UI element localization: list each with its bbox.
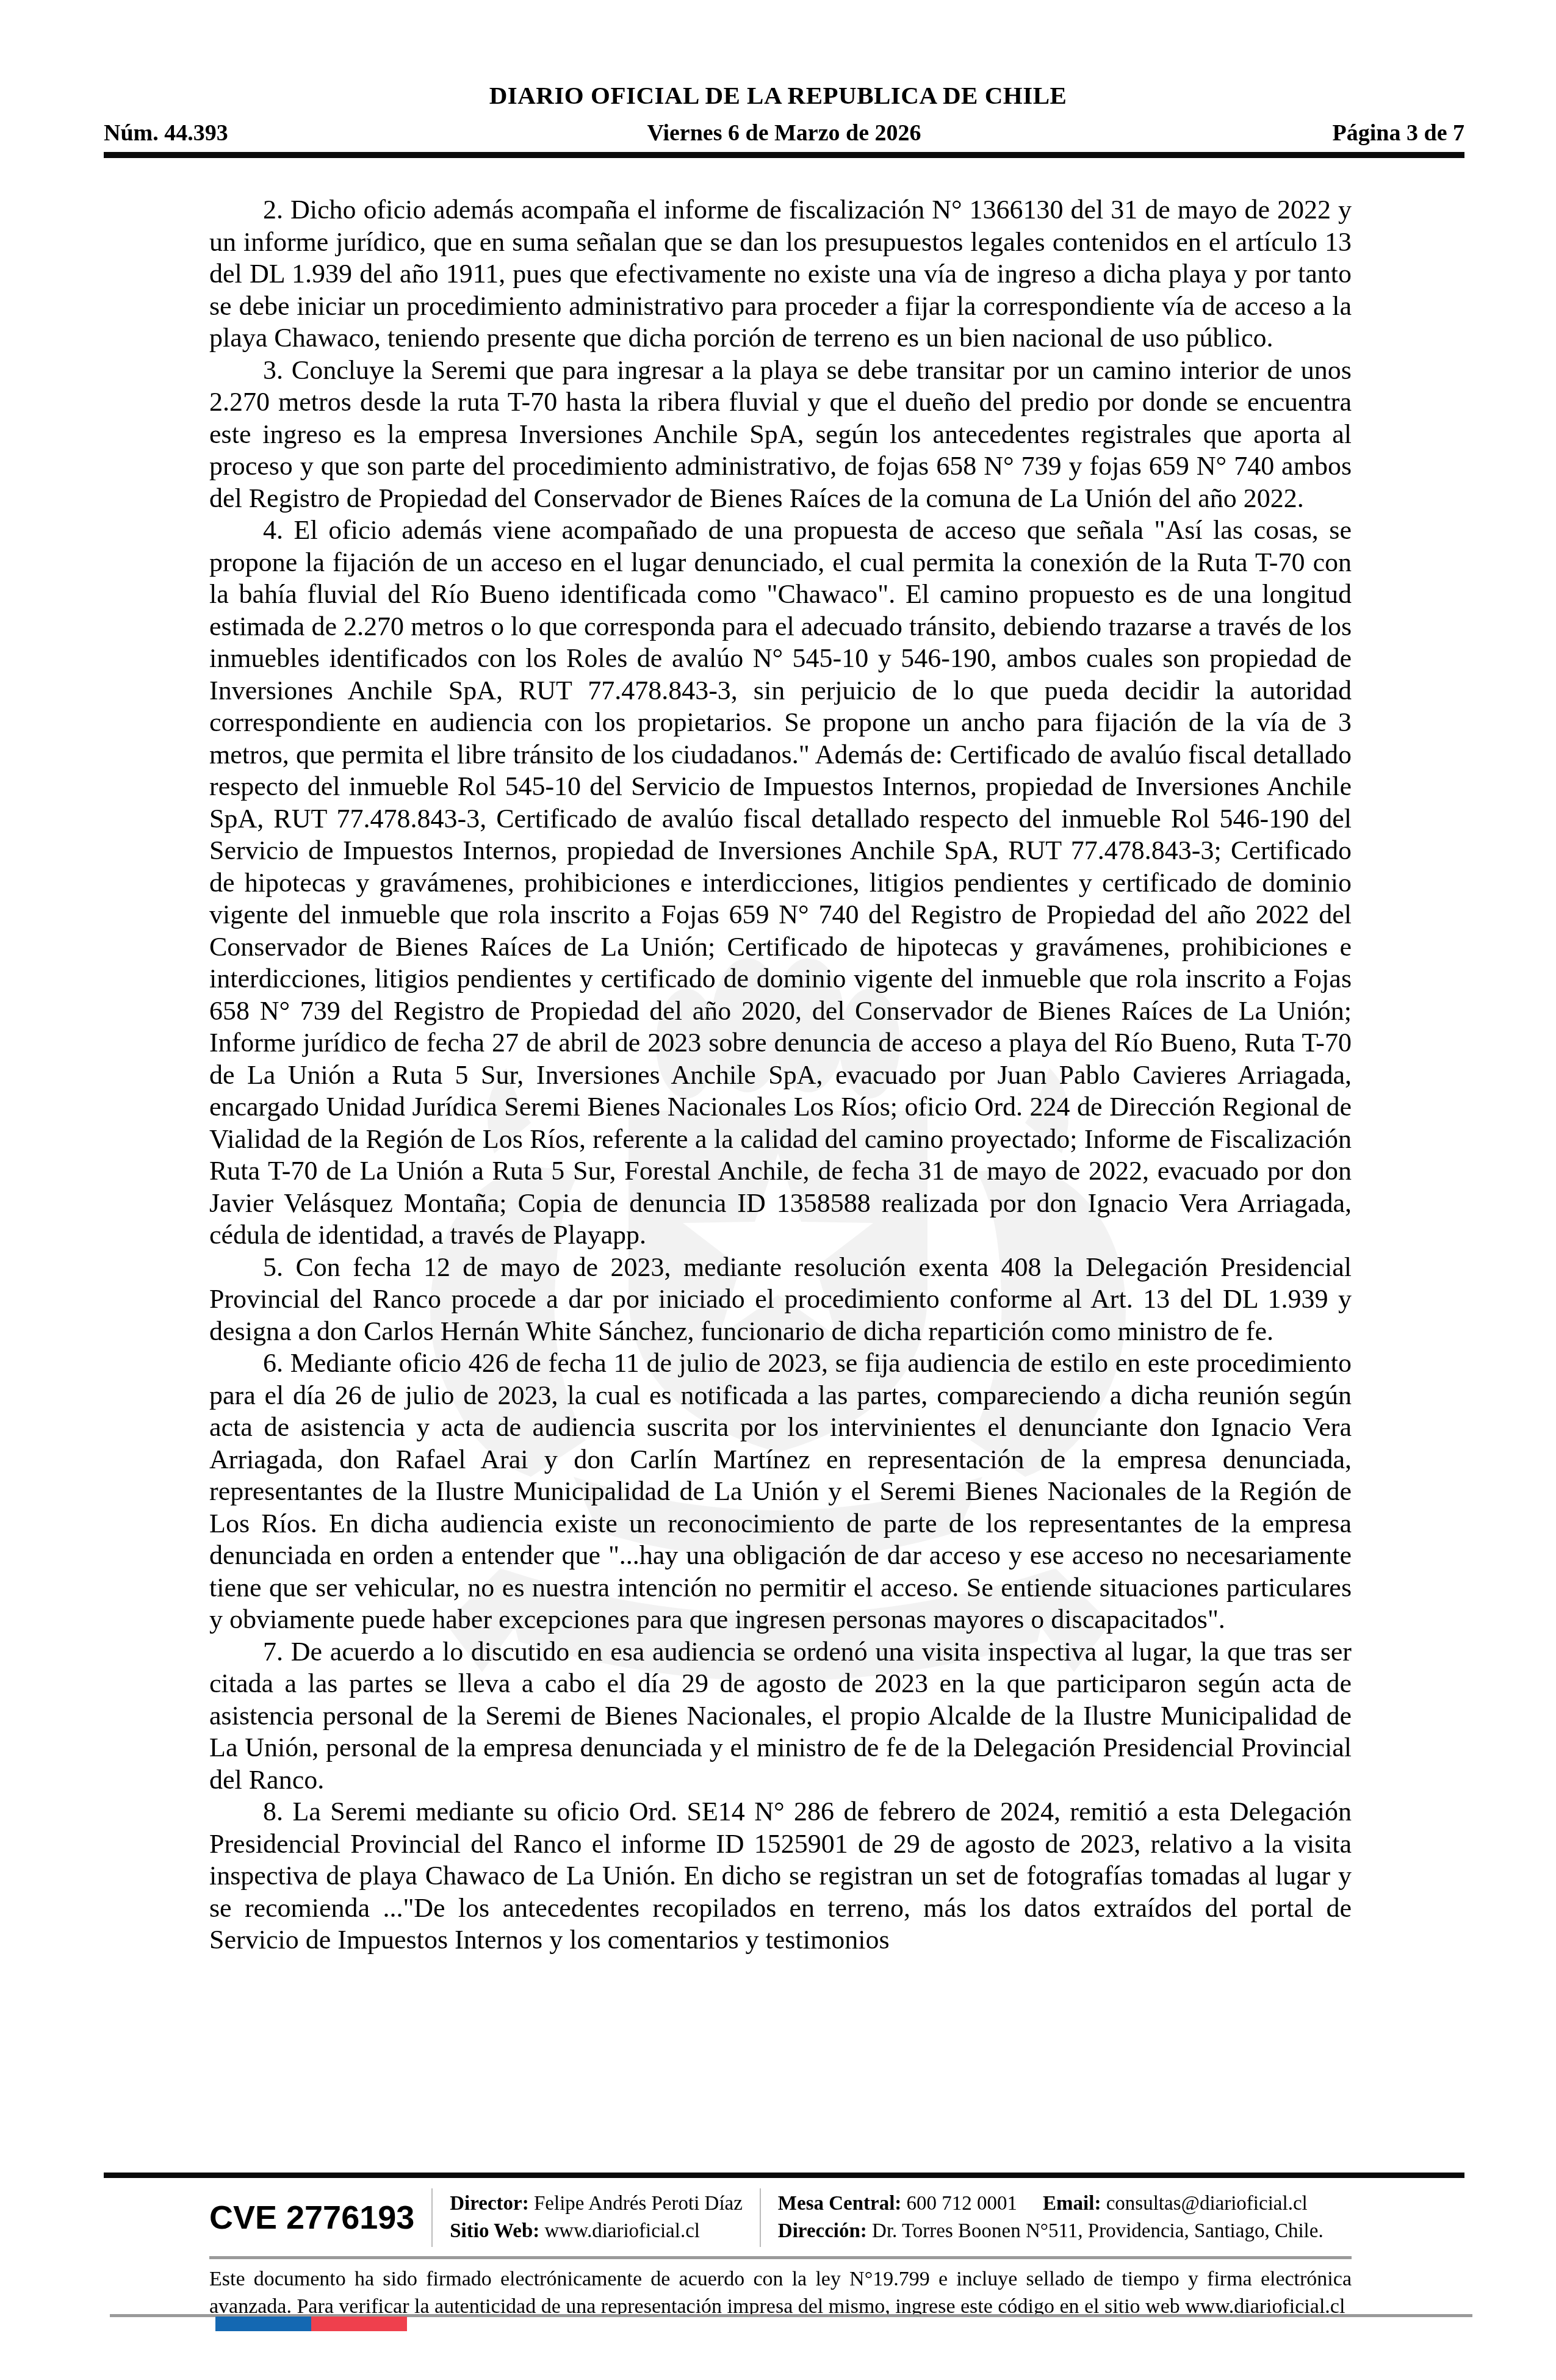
footer-info-bar: CVE 2776193 Director: Felipe Andrés Pero… [209, 2188, 1369, 2247]
direccion-label: Dirección: [778, 2220, 867, 2242]
newspaper-title: DIARIO OFICIAL DE LA REPUBLICA DE CHILE [0, 81, 1556, 110]
document-body: 2. Dicho oficio además acompaña el infor… [209, 194, 1352, 1956]
legal-note-top-rule [209, 2256, 1352, 2259]
mesa-central-value: 600 712 0001 [907, 2193, 1018, 2215]
email-label: Email: [1043, 2193, 1101, 2215]
page-indicator: Página 3 de 7 [1333, 120, 1464, 146]
legal-note: Este documento ha sido firmado electróni… [209, 2265, 1352, 2320]
director-row: Director: Felipe Andrés Peroti Díaz [450, 2193, 743, 2215]
mesa-central-label: Mesa Central: [778, 2193, 902, 2215]
paragraph-2: 2. Dicho oficio además acompaña el infor… [209, 194, 1352, 355]
gobierno-de-chile-flag-mark [215, 2317, 407, 2331]
footer-director-column: Director: Felipe Andrés Peroti Díaz Siti… [450, 2190, 743, 2245]
director-label: Director: [450, 2193, 528, 2215]
sitio-web-value: www.diarioficial.cl [545, 2220, 700, 2242]
paragraph-7: 7. De acuerdo a lo discutido en esa audi… [209, 1636, 1352, 1797]
direccion-row: Dirección: Dr. Torres Boonen N°511, Prov… [778, 2220, 1324, 2242]
cve-code: CVE 2776193 [209, 2199, 414, 2237]
footer-rule [104, 2173, 1464, 2178]
footer-divider-2 [760, 2188, 761, 2247]
flag-red-block [311, 2317, 407, 2331]
paragraph-5: 5. Con fecha 12 de mayo de 2023, mediant… [209, 1252, 1352, 1348]
paragraph-3: 3. Concluye la Seremi que para ingresar … [209, 355, 1352, 515]
paragraph-4: 4. El oficio además viene acompañado de … [209, 514, 1352, 1252]
director-value: Felipe Andrés Peroti Díaz [534, 2193, 743, 2215]
flag-blue-block [215, 2317, 311, 2331]
sitio-web-label: Sitio Web: [450, 2220, 539, 2242]
paragraph-6: 6. Mediante oficio 426 de fecha 11 de ju… [209, 1347, 1352, 1636]
footer-divider-1 [431, 2188, 433, 2247]
direccion-value: Dr. Torres Boonen N°511, Providencia, Sa… [872, 2220, 1324, 2242]
header-meta-row: Núm. 44.393 Viernes 6 de Marzo de 2026 P… [104, 120, 1464, 146]
email-value: consultas@diarioficial.cl [1106, 2193, 1308, 2215]
document-page: DIARIO OFICIAL DE LA REPUBLICA DE CHILE … [0, 0, 1556, 2380]
sitio-web-row: Sitio Web: www.diarioficial.cl [450, 2220, 700, 2242]
paragraph-8: 8. La Seremi mediante su oficio Ord. SE1… [209, 1796, 1352, 1956]
header-rule [104, 152, 1464, 158]
issue-number: Núm. 44.393 [104, 120, 228, 146]
issue-date: Viernes 6 de Marzo de 2026 [104, 120, 1464, 146]
mesa-central-row: Mesa Central: 600 712 0001Email: consult… [778, 2193, 1308, 2215]
footer-contact-column: Mesa Central: 600 712 0001Email: consult… [778, 2190, 1324, 2245]
